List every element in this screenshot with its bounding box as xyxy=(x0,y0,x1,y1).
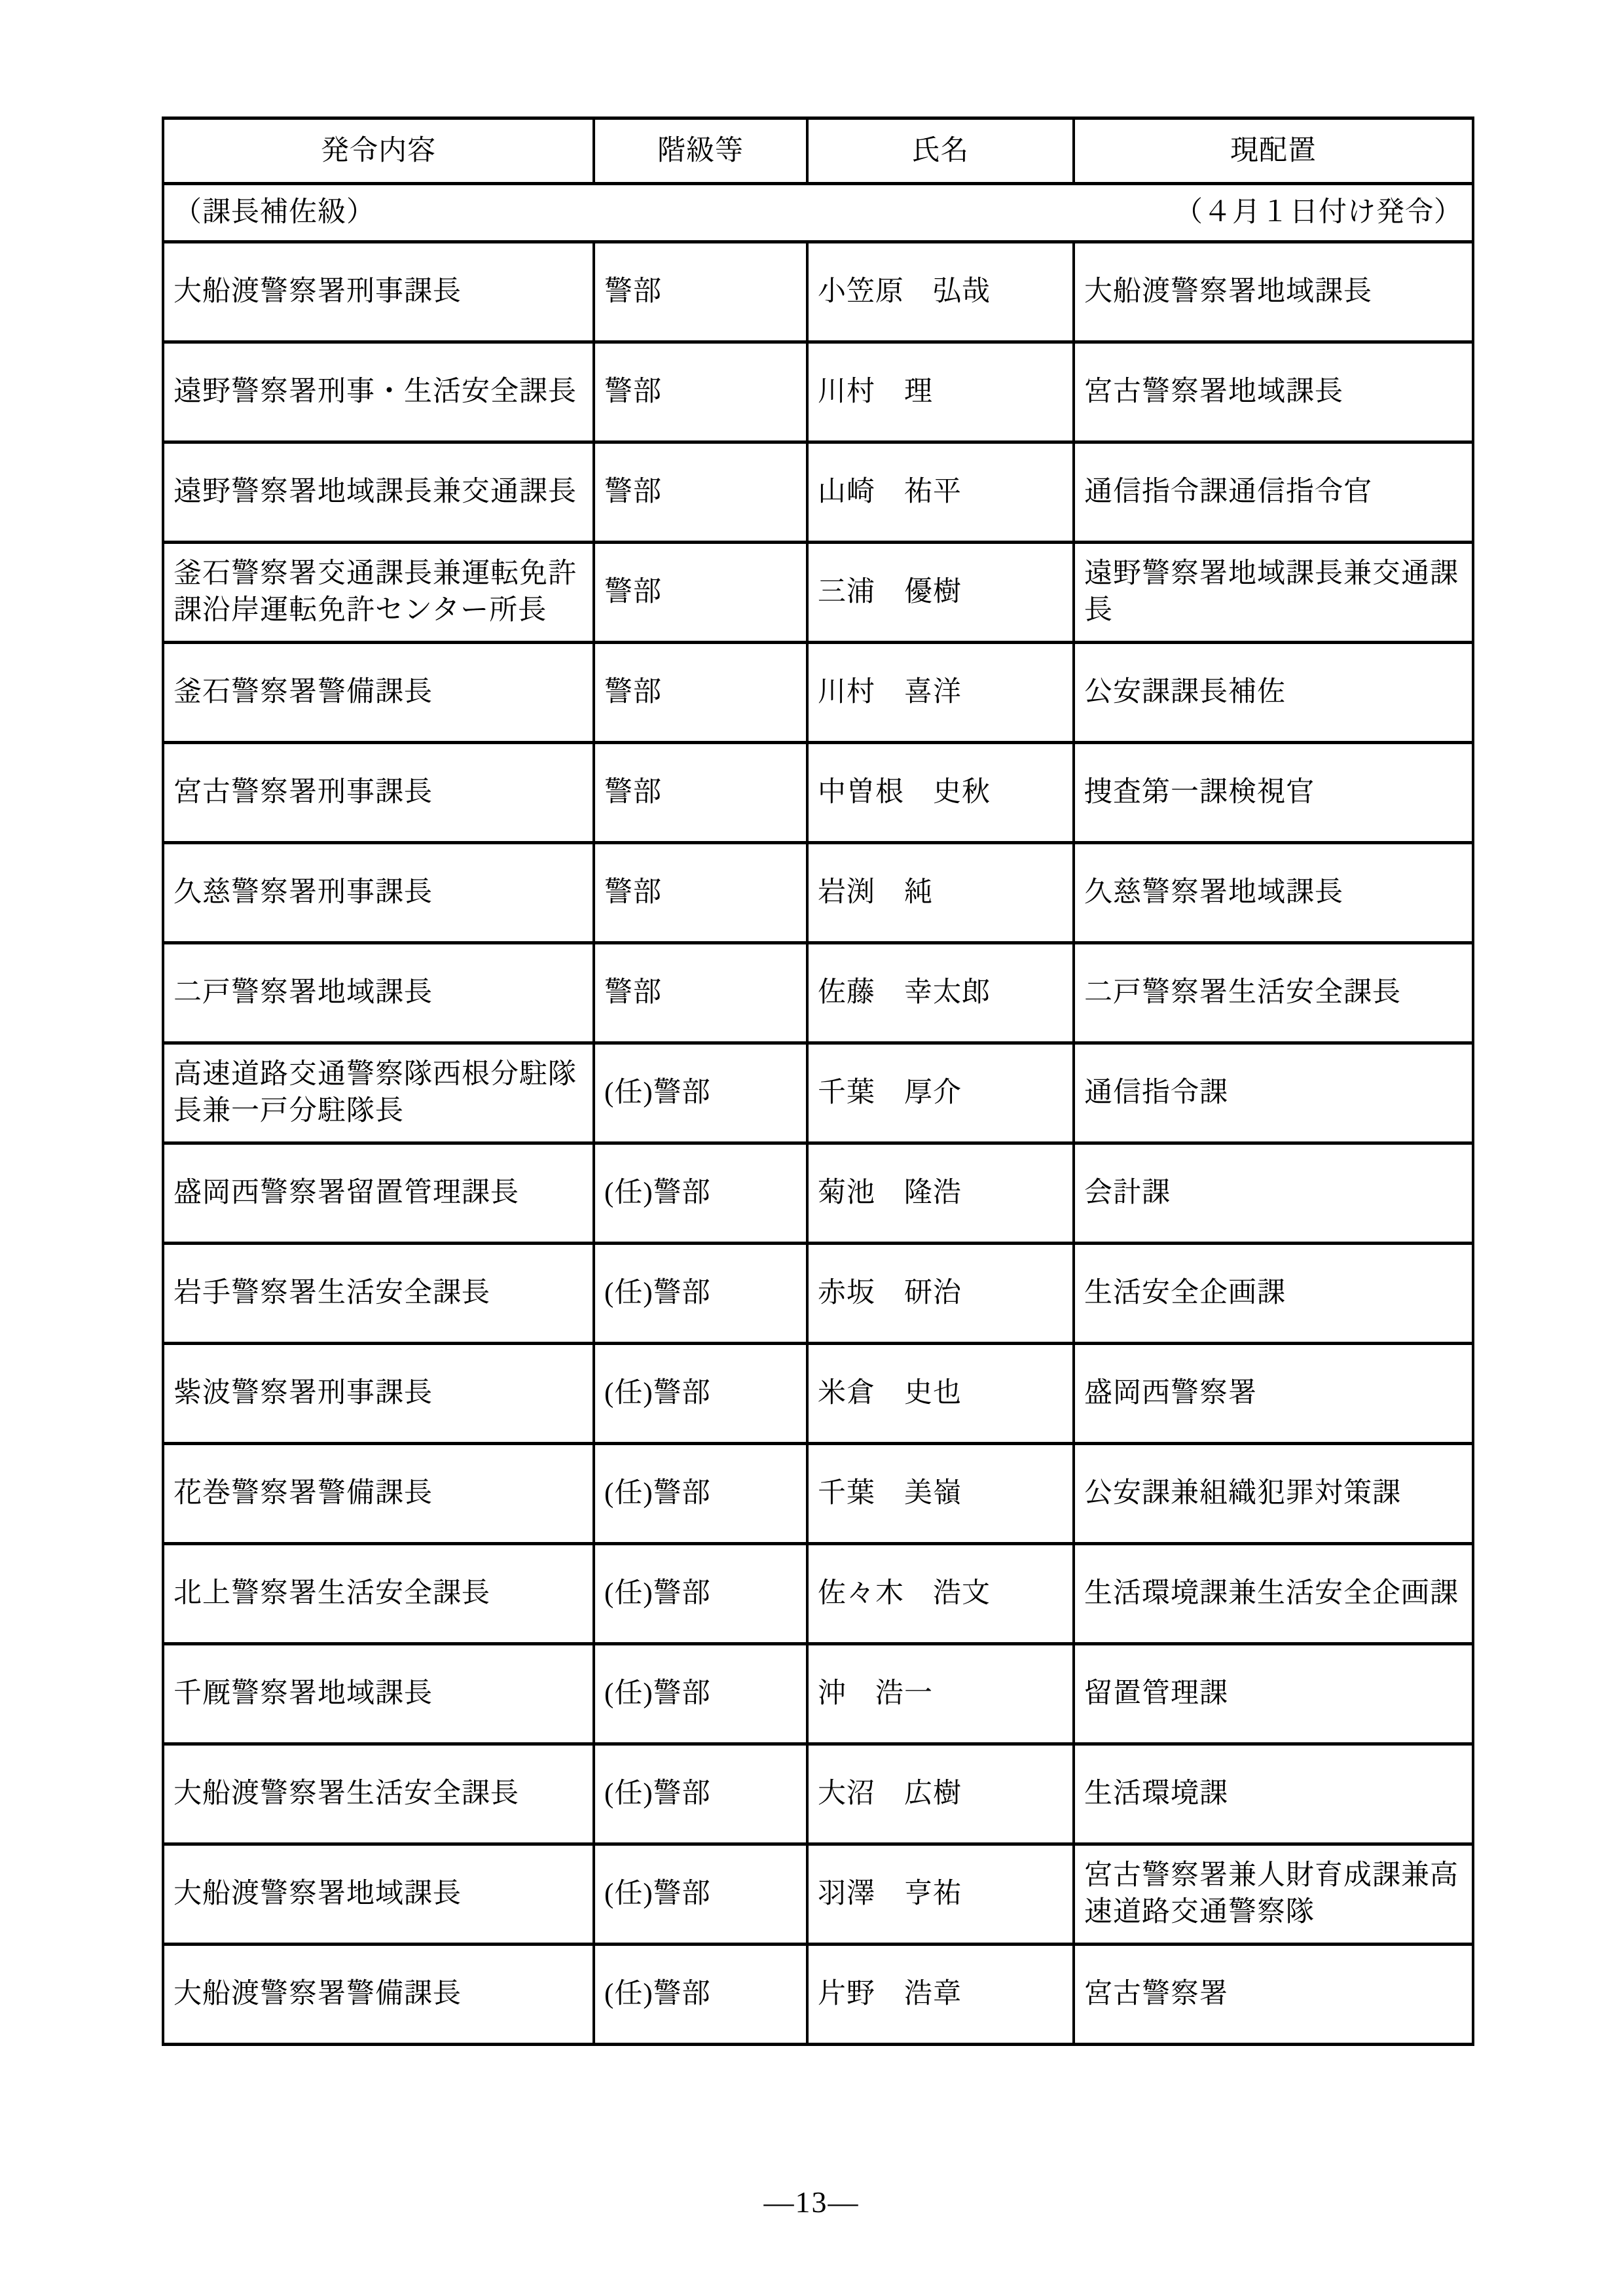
cell-rank: (任)警部 xyxy=(594,1043,807,1143)
cell-rank: 警部 xyxy=(594,442,807,543)
table-row: 二戸警察署地域課長 警部 佐藤 幸太郎 二戸警察署生活安全課長 xyxy=(163,943,1473,1043)
cell-current-assignment: 留置管理課 xyxy=(1074,1644,1473,1744)
cell-rank: 警部 xyxy=(594,743,807,843)
cell-name: 岩渕 純 xyxy=(807,843,1074,943)
column-header-announcement: 発令内容 xyxy=(163,118,594,184)
cell-current-assignment: 通信指令課 xyxy=(1074,1043,1473,1143)
column-header-name: 氏名 xyxy=(807,118,1074,184)
cell-current-assignment: 会計課 xyxy=(1074,1143,1473,1244)
cell-announcement: 岩手警察署生活安全課長 xyxy=(163,1244,594,1344)
cell-announcement: 盛岡西警察署留置管理課長 xyxy=(163,1143,594,1244)
table-row: 遠野警察署地域課長兼交通課長 警部 山崎 祐平 通信指令課通信指令官 xyxy=(163,442,1473,543)
cell-current-assignment: 公安課課長補佐 xyxy=(1074,643,1473,743)
cell-rank: (任)警部 xyxy=(594,1143,807,1244)
table-body: 大船渡警察署刑事課長 警部 小笠原 弘哉 大船渡警察署地域課長 遠野警察署刑事・… xyxy=(163,242,1473,2045)
table-row: 遠野警察署刑事・生活安全課長 警部 川村 理 宮古警察署地域課長 xyxy=(163,342,1473,442)
cell-rank: (任)警部 xyxy=(594,1444,807,1544)
cell-announcement: 二戸警察署地域課長 xyxy=(163,943,594,1043)
cell-current-assignment: 久慈警察署地域課長 xyxy=(1074,843,1473,943)
cell-announcement: 宮古警察署刑事課長 xyxy=(163,743,594,843)
cell-announcement: 紫波警察署刑事課長 xyxy=(163,1344,594,1444)
table-row: 釜石警察署警備課長 警部 川村 喜洋 公安課課長補佐 xyxy=(163,643,1473,743)
cell-current-assignment: 遠野警察署地域課長兼交通課長 xyxy=(1074,543,1473,643)
cell-rank: (任)警部 xyxy=(594,1945,807,2045)
cell-current-assignment: 通信指令課通信指令官 xyxy=(1074,442,1473,543)
cell-name: 佐々木 浩文 xyxy=(807,1544,1074,1644)
cell-name: 三浦 優樹 xyxy=(807,543,1074,643)
table-row: 花巻警察署警備課長 (任)警部 千葉 美嶺 公安課兼組織犯罪対策課 xyxy=(163,1444,1473,1544)
cell-current-assignment: 宮古警察署地域課長 xyxy=(1074,342,1473,442)
table-row: 大船渡警察署生活安全課長 (任)警部 大沼 広樹 生活環境課 xyxy=(163,1744,1473,1844)
document-page: 発令内容 階級等 氏名 現配置 （課長補佐級） （４月１日付け発令） 大船渡警察… xyxy=(0,0,1623,2296)
table-row: 盛岡西警察署留置管理課長 (任)警部 菊池 隆浩 会計課 xyxy=(163,1143,1473,1244)
cell-current-assignment: 宮古警察署兼人財育成課兼高速道路交通警察隊 xyxy=(1074,1844,1473,1945)
table-row: 大船渡警察署刑事課長 警部 小笠原 弘哉 大船渡警察署地域課長 xyxy=(163,242,1473,342)
subheader-cell: （課長補佐級） （４月１日付け発令） xyxy=(163,184,1473,242)
table-row: 北上警察署生活安全課長 (任)警部 佐々木 浩文 生活環境課兼生活安全企画課 xyxy=(163,1544,1473,1644)
cell-announcement: 久慈警察署刑事課長 xyxy=(163,843,594,943)
effective-date-label: （４月１日付け発令） xyxy=(1175,194,1463,231)
grade-label: （課長補佐級） xyxy=(173,194,375,231)
cell-announcement: 大船渡警察署刑事課長 xyxy=(163,242,594,342)
table-row: 大船渡警察署警備課長 (任)警部 片野 浩章 宮古警察署 xyxy=(163,1945,1473,2045)
column-header-rank: 階級等 xyxy=(594,118,807,184)
cell-announcement: 花巻警察署警備課長 xyxy=(163,1444,594,1544)
cell-current-assignment: 宮古警察署 xyxy=(1074,1945,1473,2045)
cell-rank: 警部 xyxy=(594,943,807,1043)
cell-name: 片野 浩章 xyxy=(807,1945,1074,2045)
cell-name: 千葉 美嶺 xyxy=(807,1444,1074,1544)
cell-current-assignment: 捜査第一課検視官 xyxy=(1074,743,1473,843)
cell-current-assignment: 生活安全企画課 xyxy=(1074,1244,1473,1344)
cell-rank: (任)警部 xyxy=(594,1744,807,1844)
cell-rank: 警部 xyxy=(594,843,807,943)
table-row: 宮古警察署刑事課長 警部 中曽根 史秋 捜査第一課検視官 xyxy=(163,743,1473,843)
cell-announcement: 千厩警察署地域課長 xyxy=(163,1644,594,1744)
cell-rank: (任)警部 xyxy=(594,1244,807,1344)
cell-current-assignment: 公安課兼組織犯罪対策課 xyxy=(1074,1444,1473,1544)
cell-announcement: 北上警察署生活安全課長 xyxy=(163,1544,594,1644)
cell-name: 山崎 祐平 xyxy=(807,442,1074,543)
table-row: 高速道路交通警察隊西根分駐隊長兼一戸分駐隊長 (任)警部 千葉 厚介 通信指令課 xyxy=(163,1043,1473,1143)
cell-name: 川村 理 xyxy=(807,342,1074,442)
cell-announcement: 大船渡警察署地域課長 xyxy=(163,1844,594,1945)
cell-announcement: 遠野警察署地域課長兼交通課長 xyxy=(163,442,594,543)
cell-current-assignment: 二戸警察署生活安全課長 xyxy=(1074,943,1473,1043)
cell-current-assignment: 生活環境課兼生活安全企画課 xyxy=(1074,1544,1473,1644)
cell-current-assignment: 大船渡警察署地域課長 xyxy=(1074,242,1473,342)
page-number: —13— xyxy=(0,2185,1623,2219)
cell-rank: 警部 xyxy=(594,543,807,643)
cell-rank: (任)警部 xyxy=(594,1544,807,1644)
cell-name: 沖 浩一 xyxy=(807,1644,1074,1744)
cell-rank: 警部 xyxy=(594,242,807,342)
cell-announcement: 高速道路交通警察隊西根分駐隊長兼一戸分駐隊長 xyxy=(163,1043,594,1143)
table-header-row: 発令内容 階級等 氏名 現配置 xyxy=(163,118,1473,184)
cell-name: 羽澤 亨祐 xyxy=(807,1844,1074,1945)
cell-announcement: 遠野警察署刑事・生活安全課長 xyxy=(163,342,594,442)
cell-name: 赤坂 研治 xyxy=(807,1244,1074,1344)
cell-announcement: 大船渡警察署警備課長 xyxy=(163,1945,594,2045)
cell-name: 大沼 広樹 xyxy=(807,1744,1074,1844)
cell-name: 佐藤 幸太郎 xyxy=(807,943,1074,1043)
cell-rank: (任)警部 xyxy=(594,1644,807,1744)
table-row: 大船渡警察署地域課長 (任)警部 羽澤 亨祐 宮古警察署兼人財育成課兼高速道路交… xyxy=(163,1844,1473,1945)
table-row: 千厩警察署地域課長 (任)警部 沖 浩一 留置管理課 xyxy=(163,1644,1473,1744)
cell-name: 川村 喜洋 xyxy=(807,643,1074,743)
cell-name: 米倉 史也 xyxy=(807,1344,1074,1444)
cell-announcement: 釜石警察署交通課長兼運転免許課沿岸運転免許センター所長 xyxy=(163,543,594,643)
personnel-transfer-table: 発令内容 階級等 氏名 現配置 （課長補佐級） （４月１日付け発令） 大船渡警察… xyxy=(162,117,1474,2046)
cell-announcement: 釜石警察署警備課長 xyxy=(163,643,594,743)
table-row: 久慈警察署刑事課長 警部 岩渕 純 久慈警察署地域課長 xyxy=(163,843,1473,943)
cell-rank: (任)警部 xyxy=(594,1844,807,1945)
cell-current-assignment: 盛岡西警察署 xyxy=(1074,1344,1473,1444)
table-subheader-row: （課長補佐級） （４月１日付け発令） xyxy=(163,184,1473,242)
cell-name: 菊池 隆浩 xyxy=(807,1143,1074,1244)
cell-rank: 警部 xyxy=(594,342,807,442)
table-row: 紫波警察署刑事課長 (任)警部 米倉 史也 盛岡西警察署 xyxy=(163,1344,1473,1444)
cell-name: 小笠原 弘哉 xyxy=(807,242,1074,342)
cell-name: 千葉 厚介 xyxy=(807,1043,1074,1143)
column-header-current-assignment: 現配置 xyxy=(1074,118,1473,184)
cell-rank: (任)警部 xyxy=(594,1344,807,1444)
cell-rank: 警部 xyxy=(594,643,807,743)
cell-announcement: 大船渡警察署生活安全課長 xyxy=(163,1744,594,1844)
table-row: 釜石警察署交通課長兼運転免許課沿岸運転免許センター所長 警部 三浦 優樹 遠野警… xyxy=(163,543,1473,643)
table-row: 岩手警察署生活安全課長 (任)警部 赤坂 研治 生活安全企画課 xyxy=(163,1244,1473,1344)
cell-name: 中曽根 史秋 xyxy=(807,743,1074,843)
cell-current-assignment: 生活環境課 xyxy=(1074,1744,1473,1844)
